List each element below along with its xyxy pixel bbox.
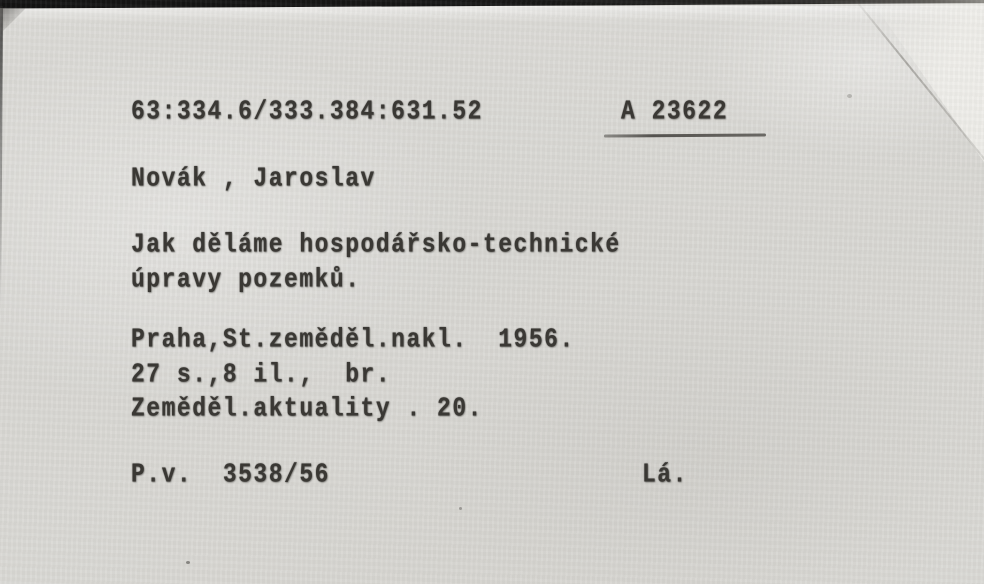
title-line-1: Jak děláme hospodářsko-technické	[131, 229, 621, 260]
title-line-2: úpravy pozemků.	[131, 264, 361, 295]
paper-edge-highlight	[0, 6, 984, 22]
accession-number: A 23622	[621, 96, 728, 127]
card-corner-crease	[856, 4, 984, 162]
imprint-line: Praha,St.zeměděl.nakl. 1956.	[131, 324, 575, 355]
udc-classification: 63:334.6/333.384:631.52	[131, 96, 483, 127]
scan-left-edge	[0, 6, 3, 316]
paper-speck	[459, 507, 462, 510]
paper-speck	[186, 561, 190, 564]
series-line: Zeměděl.aktuality . 20.	[131, 393, 483, 424]
pv-number: P.v. 3538/56	[131, 459, 330, 490]
paper-speck	[847, 94, 852, 98]
catalog-card-scan: 63:334.6/333.384:631.52 A 23622 Novák , …	[0, 0, 984, 584]
author-heading: Novák , Jaroslav	[131, 163, 376, 194]
accession-underline	[604, 133, 766, 137]
collation-line: 27 s.,8 il., br.	[131, 359, 391, 390]
cataloguer-initials: Lá.	[642, 459, 688, 490]
